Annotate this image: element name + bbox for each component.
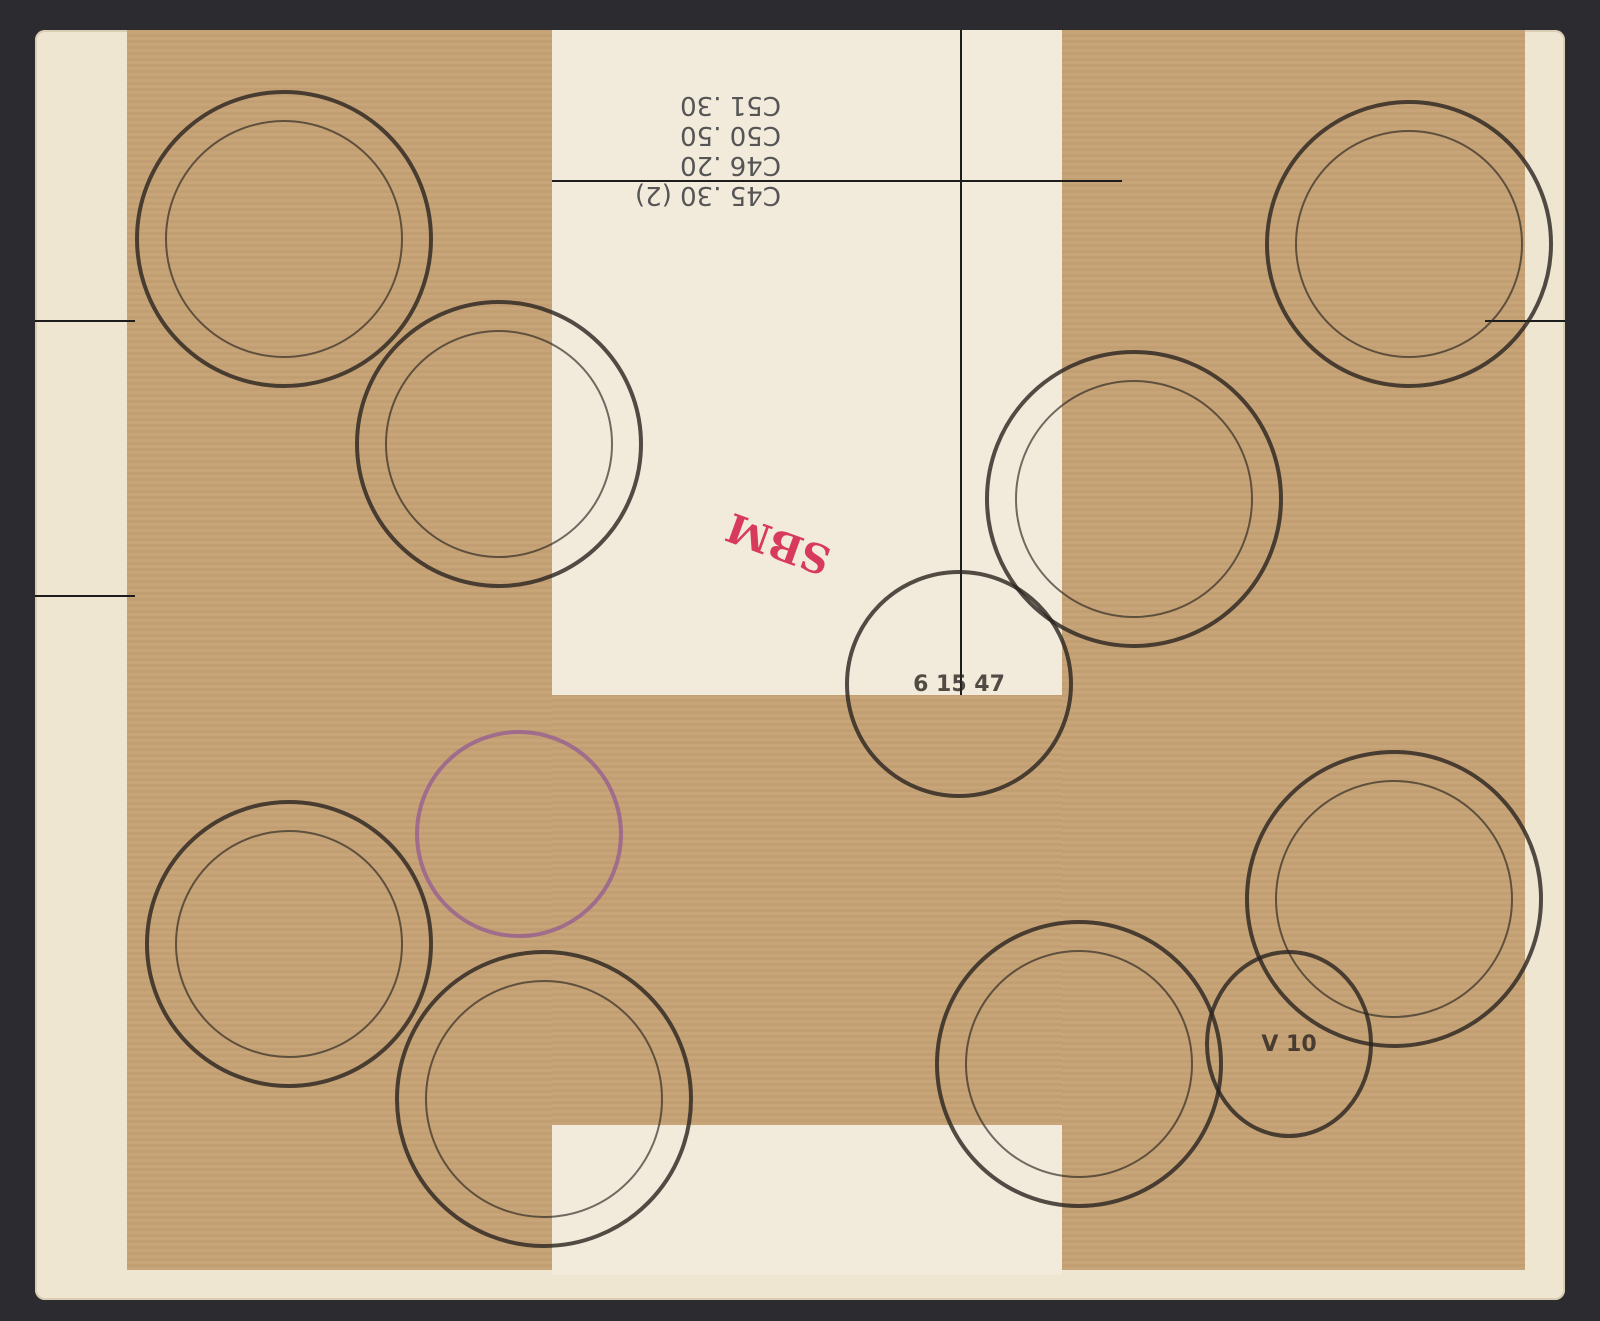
postmark-belyegiroda [135,90,433,388]
postmark-belyegiroda [395,950,693,1248]
purple-cachet [415,730,623,938]
ruled-line [35,595,135,597]
envelope-back: C45 .30 (2) C46 .20 C50 .50 C51 .30 SBM … [35,30,1565,1300]
postmark-belyegiroda [355,300,643,588]
handwritten-notes: C45 .30 (2) C46 .20 C50 .50 C51 .30 [635,90,781,210]
postmark-budapest: V 10 [1205,950,1373,1138]
ruled-line [35,320,135,322]
postmark-belyegiroda [1265,100,1553,388]
postmark-belyegiroda [145,800,433,1088]
postmark-new-york: 6 15 47 [845,570,1073,798]
postmark-belyegiroda [935,920,1223,1208]
